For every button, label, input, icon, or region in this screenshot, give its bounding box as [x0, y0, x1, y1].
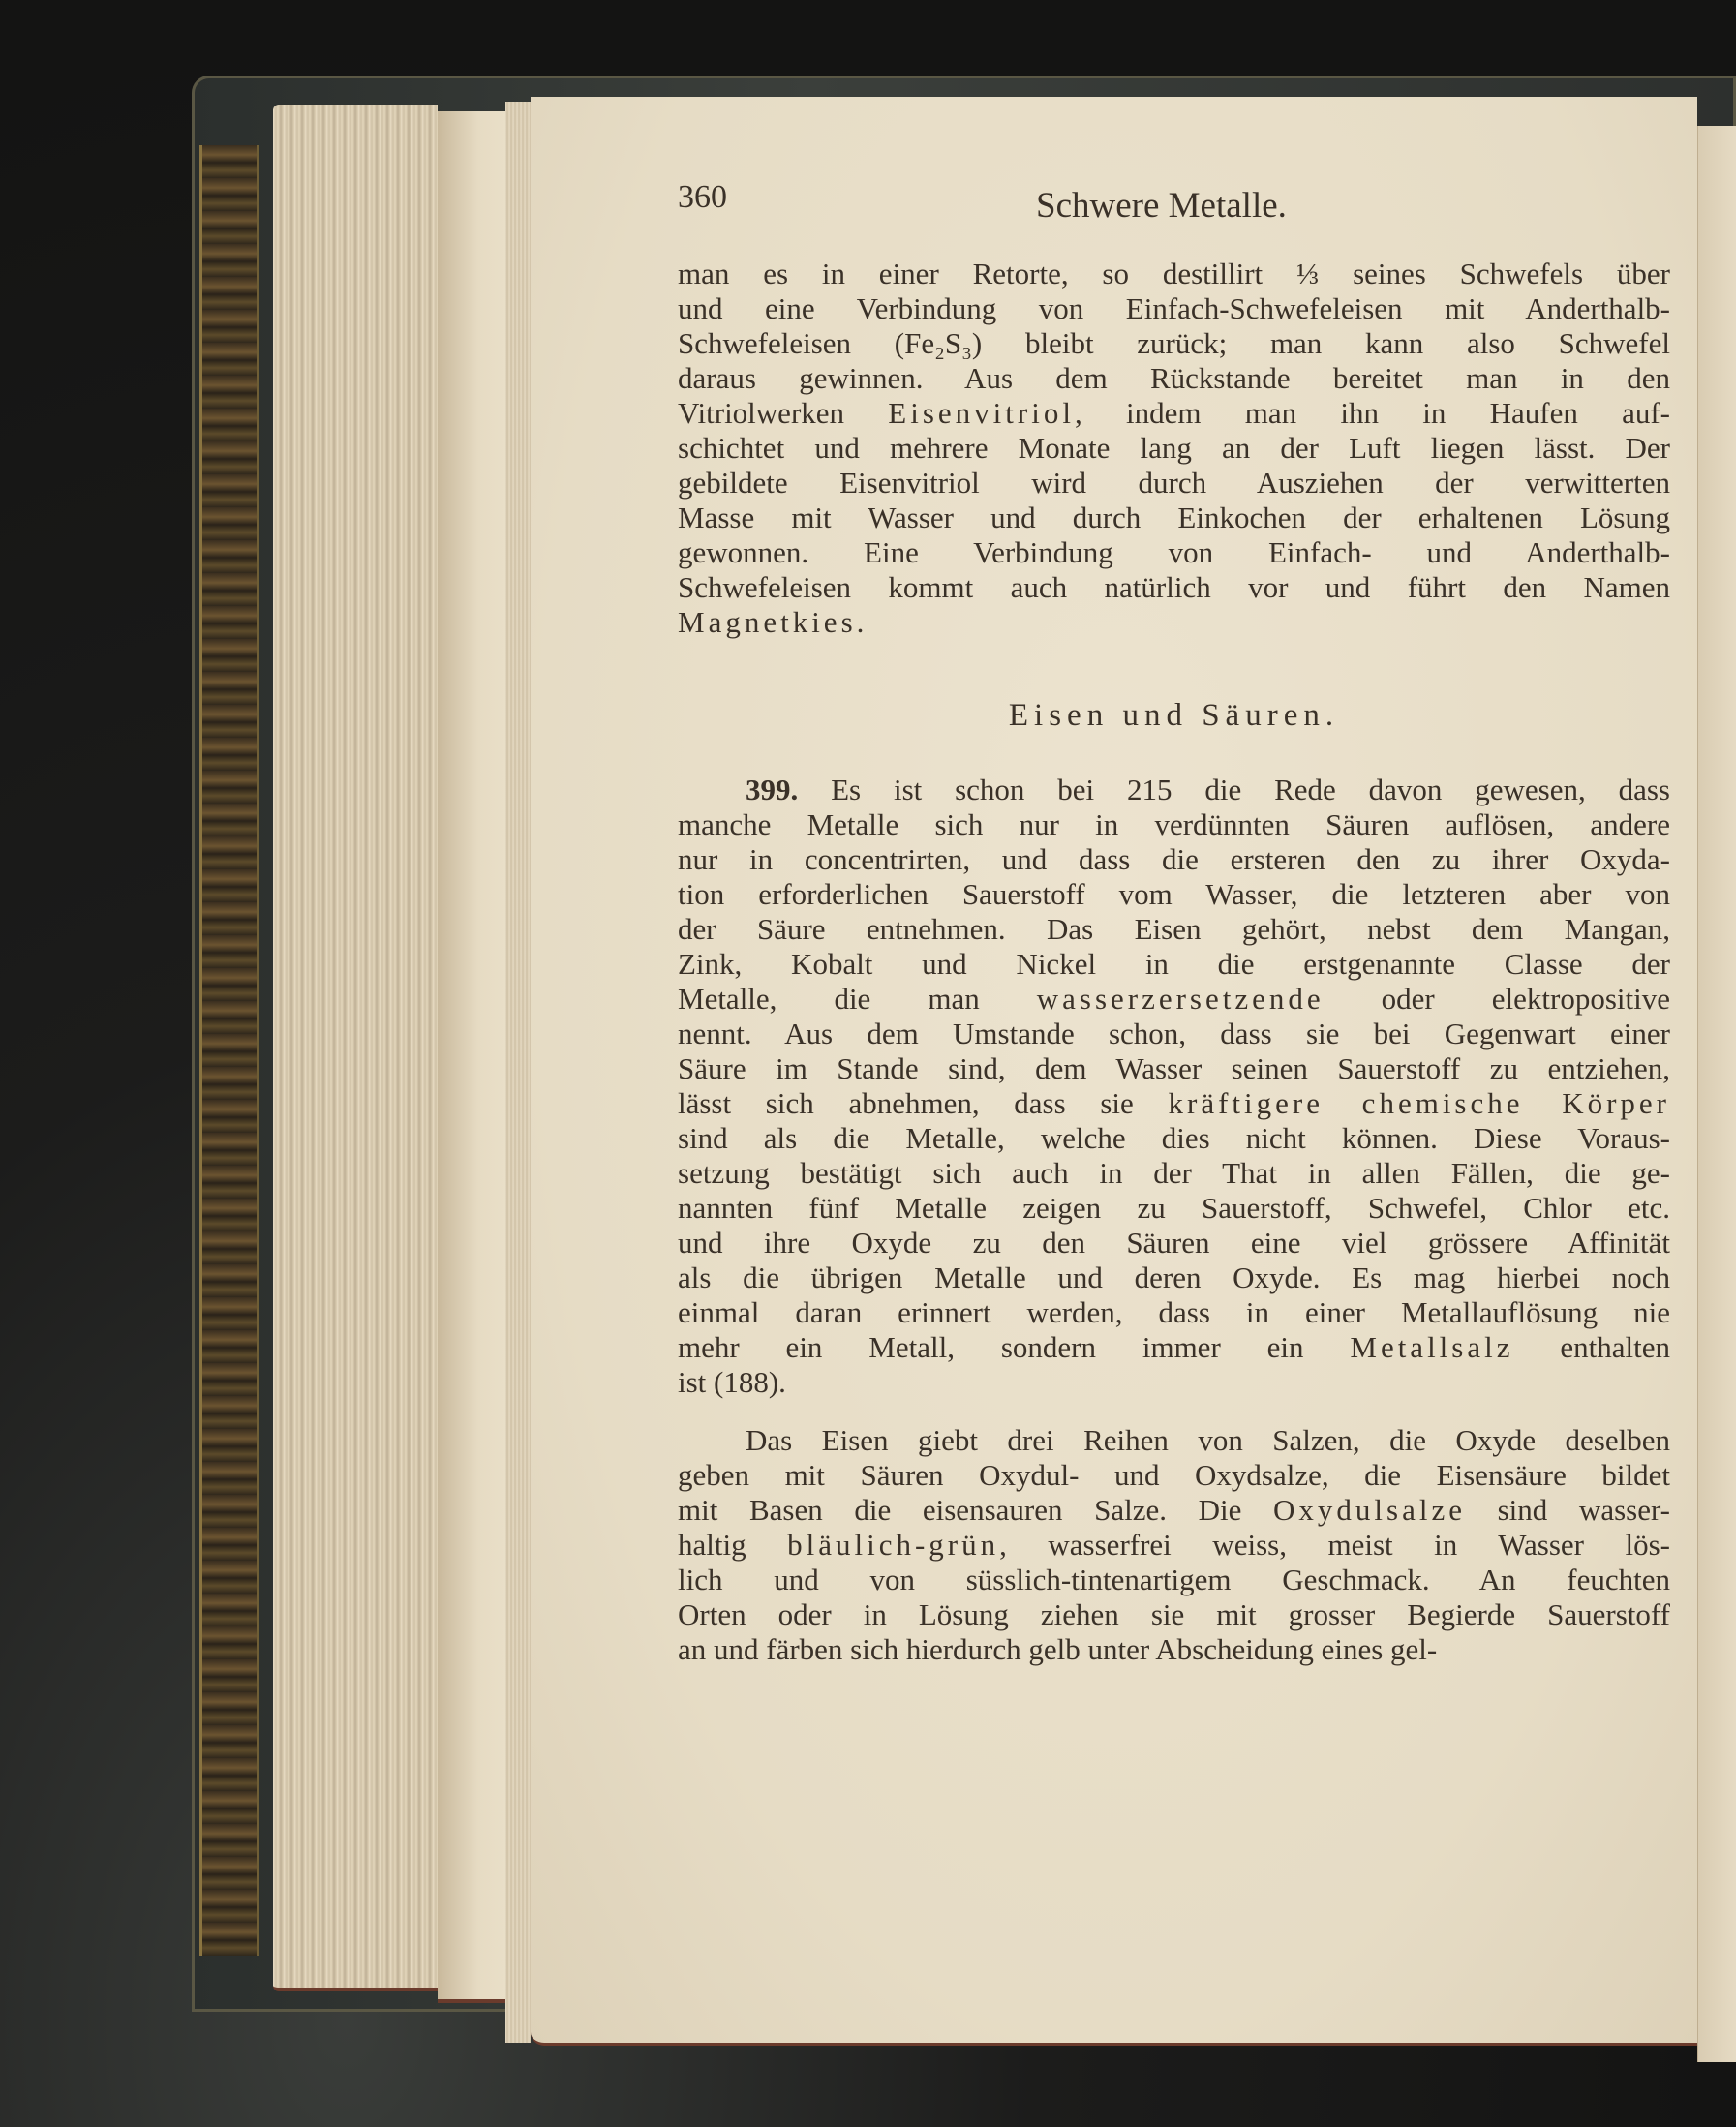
paragraph-number: 399.: [746, 773, 831, 806]
text-line: tion erforderlichen Sauerstoff vom Wasse…: [678, 877, 1670, 912]
page-stack-right: [505, 102, 531, 2043]
text-line: schichtet und mehrere Monate lang an der…: [678, 431, 1670, 466]
text-line: lässt sich abnehmen, dass sie kräftigere…: [678, 1086, 1670, 1121]
text-line: der Säure entnehmen. Das Eisen gehört, n…: [678, 912, 1670, 947]
text-line: an und färben sich hierdurch gelb unter …: [678, 1632, 1670, 1667]
text-line: mit Basen die eisensauren Salze. Die Oxy…: [678, 1493, 1670, 1528]
emphasized-term: wasserzersetzende: [1037, 982, 1325, 1016]
text-line: daraus gewinnen. Aus dem Rückstande bere…: [678, 361, 1670, 396]
text-line: Orten oder in Lösung ziehen sie mit gros…: [678, 1597, 1670, 1632]
emphasized-term: bläulich-grün: [787, 1528, 999, 1562]
paragraph-1: man es in einer Retorte, so destillirt ⅓…: [678, 257, 1670, 640]
text-line: Vitriolwerken Eisenvitriol, indem man ih…: [678, 396, 1670, 431]
paragraph-gap: [678, 1400, 1670, 1423]
text-line: man es in einer Retorte, so destillirt ⅓…: [678, 257, 1670, 291]
text-line: und ihre Oxyde zu den Säuren eine viel g…: [678, 1226, 1670, 1261]
text-line: nur in concentrirten, und dass die erste…: [678, 842, 1670, 877]
text-line: gewonnen. Eine Verbindung von Einfach- u…: [678, 535, 1670, 570]
text-line: setzung bestätigt sich auch in der That …: [678, 1156, 1670, 1191]
text-line: sind als die Metalle, welche dies nicht …: [678, 1121, 1670, 1156]
page-stack-left: [273, 105, 438, 1991]
paragraph-3: Das Eisen giebt drei Reihen von Salzen, …: [678, 1423, 1670, 1667]
text-line: geben mit Säuren Oxydul- und Oxydsalze, …: [678, 1458, 1670, 1493]
text-line: nannten fünf Metalle zeigen zu Sauerstof…: [678, 1191, 1670, 1226]
section-heading: Eisen und Säuren.: [678, 698, 1670, 734]
text-line: und eine Verbindung von Einfach-Schwefel…: [678, 291, 1670, 326]
text-line: Säure im Stande sind, dem Wasser seinen …: [678, 1051, 1670, 1086]
running-title: Schwere Metalle.: [1036, 185, 1287, 227]
book-spine-band: [199, 145, 259, 1956]
page-text-block: 360 Schwere Metalle. man es in einer Ret…: [678, 179, 1670, 1667]
emphasized-term: Eisenvitriol: [888, 396, 1075, 430]
text-line: lich und von süsslich-tintenartigem Gesc…: [678, 1563, 1670, 1597]
text-line: Zink, Kobalt und Nickel in die erstgenan…: [678, 947, 1670, 982]
text-line: gebildete Eisenvitriol wird durch Auszie…: [678, 466, 1670, 501]
text-line: Metalle, die man wasserzersetzende oder …: [678, 982, 1670, 1017]
emphasized-term: Oxydulsalze: [1273, 1493, 1466, 1527]
next-page-edge: [1697, 126, 1736, 2062]
running-head: 360 Schwere Metalle.: [678, 179, 1670, 237]
text-line: mehr ein Metall, sondern immer ein Metal…: [678, 1330, 1670, 1365]
text-line: 399. Es ist schon bei 215 die Rede davon…: [678, 773, 1670, 807]
text-line: als die übrigen Metalle und deren Oxyde.…: [678, 1261, 1670, 1295]
emphasized-term: kräftigere chemische Körper: [1169, 1086, 1670, 1120]
text-line: Das Eisen giebt drei Reihen von Salzen, …: [678, 1423, 1670, 1458]
text-line: ist (188).: [678, 1365, 1670, 1400]
text-line: Schwefeleisen kommt auch natürlich vor u…: [678, 570, 1670, 605]
page-stack-middle: [438, 111, 505, 2003]
text-line: manche Metalle sich nur in verdünnten Sä…: [678, 807, 1670, 842]
emphasized-term: Magnetkies: [678, 605, 857, 639]
text-line: haltig bläulich-grün, wasserfrei weiss, …: [678, 1528, 1670, 1563]
paragraph-399: 399. Es ist schon bei 215 die Rede davon…: [678, 773, 1670, 1400]
emphasized-term: Metallsalz: [1350, 1330, 1513, 1364]
text-line: einmal daran erinnert werden, dass in ei…: [678, 1295, 1670, 1330]
page-number: 360: [678, 179, 727, 216]
text-line: Masse mit Wasser und durch Einkochen der…: [678, 501, 1670, 535]
text-line: Magnetkies.: [678, 605, 1670, 640]
text-line: Schwefeleisen (Fe₂S₃) bleibt zurück; man…: [678, 326, 1670, 361]
text-line: nennt. Aus dem Umstande schon, dass sie …: [678, 1017, 1670, 1051]
